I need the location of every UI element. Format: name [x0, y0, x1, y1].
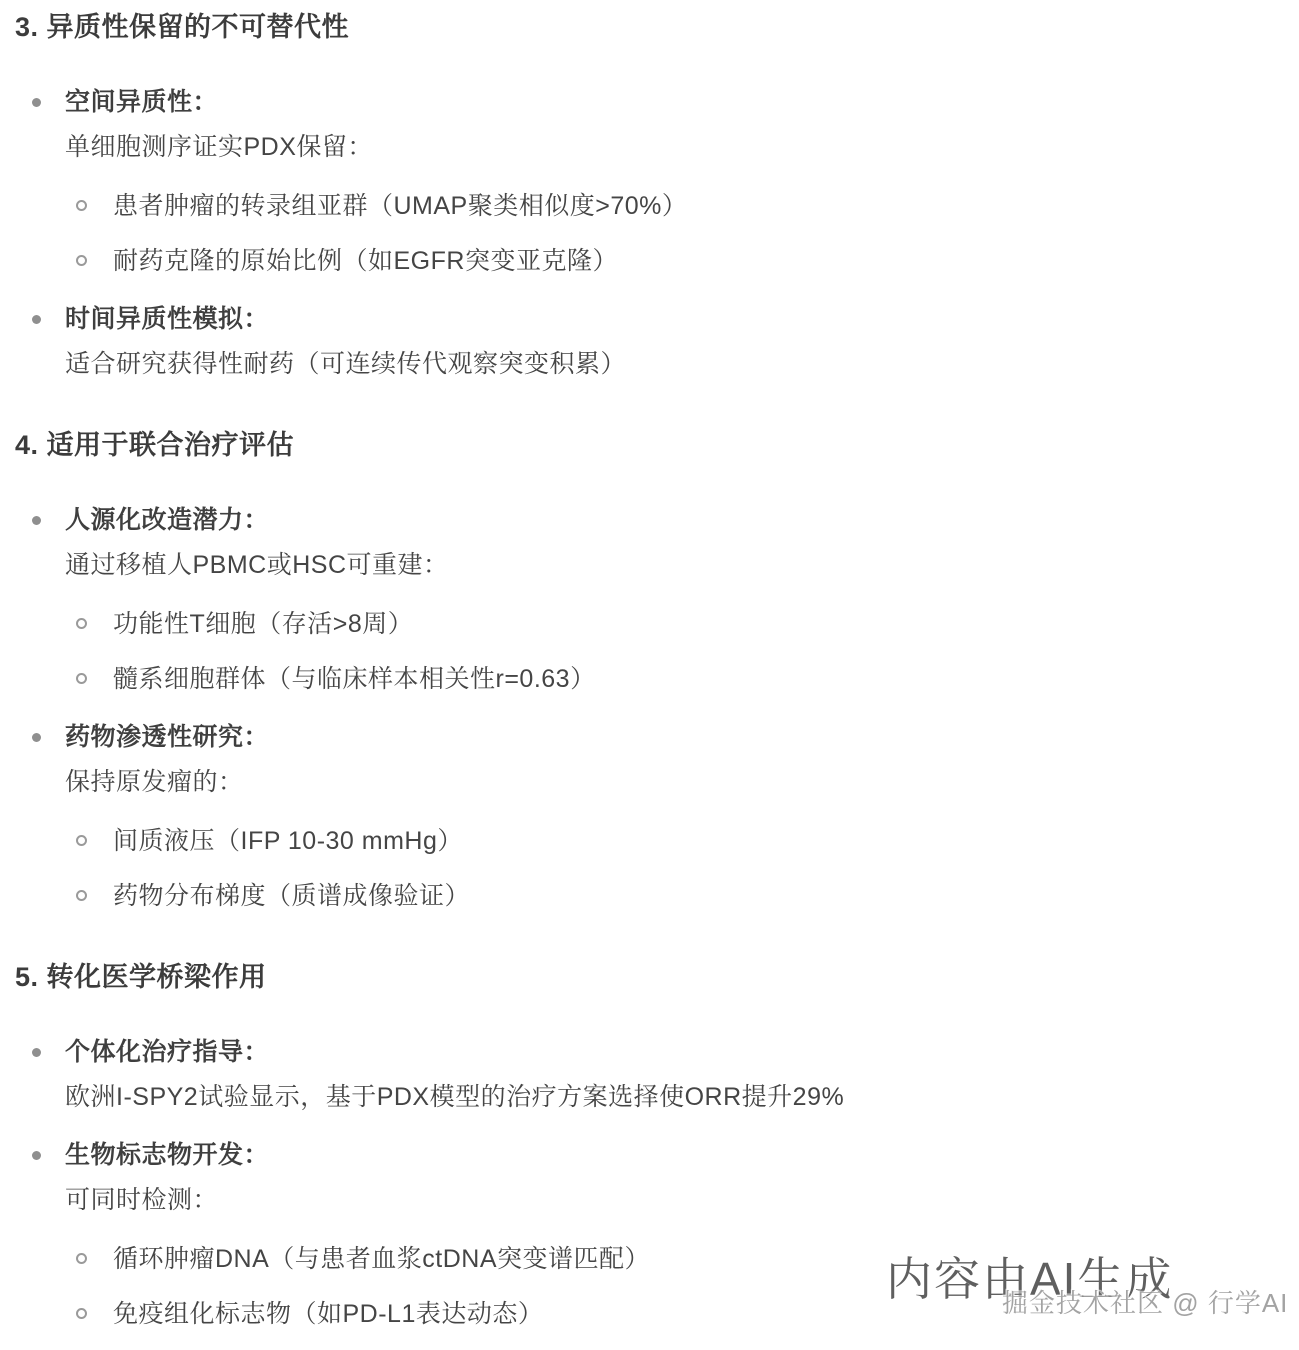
sub-list: 功能性T细胞（存活>8周） 髓系细胞群体（与临床样本相关性r=0.63）	[65, 610, 1299, 693]
section-heading: 5. 转化医学桥梁作用	[15, 962, 1299, 992]
sub-list-item: 髓系细胞群体（与临床样本相关性r=0.63）	[65, 665, 1299, 693]
watermark-community-credit: 掘金技术社区 @ 行学AI	[1002, 1289, 1288, 1318]
item-description: 欧洲I-SPY2试验显示，基于PDX模型的治疗方案选择使ORR提升29%	[65, 1083, 1299, 1111]
item-label: 个体化治疗指导：	[65, 1038, 1299, 1066]
item-description: 单细胞测序证实PDX保留：	[65, 133, 1299, 161]
sub-list: 间质液压（IFP 10-30 mmHg） 药物分布梯度（质谱成像验证）	[65, 827, 1299, 910]
sub-list-item: 间质液压（IFP 10-30 mmHg）	[65, 827, 1299, 855]
section-heading: 4. 适用于联合治疗评估	[15, 430, 1299, 460]
item-label: 药物渗透性研究：	[65, 723, 1299, 751]
bullet-dot-icon	[32, 1151, 41, 1160]
sub-item-text: 药物分布梯度（质谱成像验证）	[113, 882, 1299, 910]
section-heading: 3. 异质性保留的不可替代性	[15, 12, 1299, 42]
sub-item-text: 功能性T细胞（存活>8周）	[113, 610, 1299, 638]
sub-list-item: 功能性T细胞（存活>8周）	[65, 610, 1299, 638]
sub-list-item: 药物分布梯度（质谱成像验证）	[65, 882, 1299, 910]
item-label: 生物标志物开发：	[65, 1141, 1299, 1169]
circle-bullet-icon	[76, 618, 87, 629]
bullet-dot-icon	[32, 733, 41, 742]
list-item: 空间异质性： 单细胞测序证实PDX保留： 患者肿瘤的转录组亚群（UMAP聚类相似…	[0, 88, 1299, 275]
sub-list-item: 耐药克隆的原始比例（如EGFR突变亚克隆）	[65, 247, 1299, 275]
bullet-dot-icon	[32, 98, 41, 107]
item-label: 时间异质性模拟：	[65, 305, 1299, 333]
sub-list: 患者肿瘤的转录组亚群（UMAP聚类相似度>70%） 耐药克隆的原始比例（如EGF…	[65, 192, 1299, 275]
sub-item-text: 间质液压（IFP 10-30 mmHg）	[113, 827, 1299, 855]
item-description: 适合研究获得性耐药（可连续传代观察突变积累）	[65, 350, 1299, 378]
bullet-dot-icon	[32, 1048, 41, 1057]
item-description: 保持原发瘤的：	[65, 768, 1299, 796]
sub-list-item: 患者肿瘤的转录组亚群（UMAP聚类相似度>70%）	[65, 192, 1299, 220]
list-item: 个体化治疗指导： 欧洲I-SPY2试验显示，基于PDX模型的治疗方案选择使ORR…	[0, 1038, 1299, 1111]
document-page: 3. 异质性保留的不可替代性 空间异质性： 单细胞测序证实PDX保留： 患者肿瘤…	[0, 0, 1299, 1350]
item-label: 人源化改造潜力：	[65, 506, 1299, 534]
bullet-dot-icon	[32, 315, 41, 324]
sub-item-text: 耐药克隆的原始比例（如EGFR突变亚克隆）	[113, 247, 1299, 275]
circle-bullet-icon	[76, 1308, 87, 1319]
sub-item-text: 患者肿瘤的转录组亚群（UMAP聚类相似度>70%）	[113, 192, 1299, 220]
circle-bullet-icon	[76, 890, 87, 901]
list-item: 药物渗透性研究： 保持原发瘤的： 间质液压（IFP 10-30 mmHg） 药物…	[0, 723, 1299, 910]
circle-bullet-icon	[76, 835, 87, 846]
item-description: 可同时检测：	[65, 1186, 1299, 1214]
circle-bullet-icon	[76, 673, 87, 684]
sub-item-text: 髓系细胞群体（与临床样本相关性r=0.63）	[113, 665, 1299, 693]
item-label: 空间异质性：	[65, 88, 1299, 116]
section-3: 3. 异质性保留的不可替代性 空间异质性： 单细胞测序证实PDX保留： 患者肿瘤…	[0, 12, 1299, 378]
circle-bullet-icon	[76, 255, 87, 266]
list-item: 时间异质性模拟： 适合研究获得性耐药（可连续传代观察突变积累）	[0, 305, 1299, 378]
bullet-dot-icon	[32, 516, 41, 525]
section-4: 4. 适用于联合治疗评估 人源化改造潜力： 通过移植人PBMC或HSC可重建： …	[0, 378, 1299, 910]
circle-bullet-icon	[76, 1253, 87, 1264]
item-description: 通过移植人PBMC或HSC可重建：	[65, 551, 1299, 579]
list-item: 人源化改造潜力： 通过移植人PBMC或HSC可重建： 功能性T细胞（存活>8周）…	[0, 506, 1299, 693]
circle-bullet-icon	[76, 200, 87, 211]
